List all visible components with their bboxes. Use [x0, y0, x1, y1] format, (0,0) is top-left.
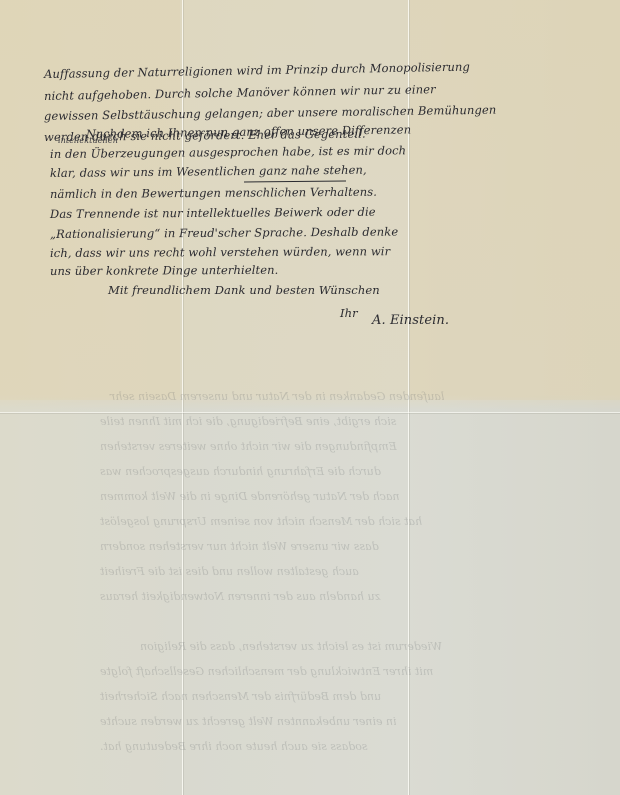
fold-line-horizontal — [0, 412, 620, 413]
letter-line: in den Überzeugungen ausgesprochen habe,… — [50, 143, 406, 161]
underline-mark — [244, 180, 346, 182]
letter-line: uns über konkrete Dinge unterhielten. — [50, 263, 278, 278]
closing-line: Mit freundlichem Dank und besten Wünsche… — [108, 283, 380, 297]
letter-line: Das Trennende ist nur intellektuelles Be… — [50, 205, 376, 221]
letter-line: nämlich in den Bewertungen menschlichen … — [50, 185, 377, 201]
signature: A. Einstein. — [372, 313, 449, 328]
letter-page: laufenden Gedanken in der Natur und unse… — [0, 0, 620, 795]
letter-line: ich, dass wir uns recht wohl verstehen w… — [50, 244, 390, 260]
salutation: Ihr — [340, 306, 358, 320]
letter-line: „Rationalisierung“ in Freud'scher Sprach… — [50, 225, 398, 241]
letter-line: klar, dass wir uns im Wesentlichen ganz … — [50, 163, 367, 180]
